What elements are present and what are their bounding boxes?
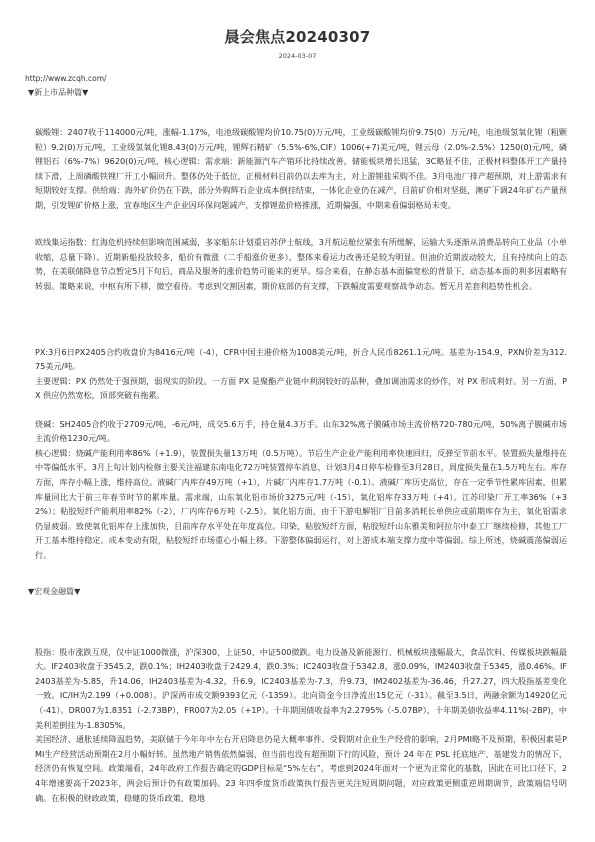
- paragraph-stock-index: 股指：股市涨跌互现，仅中证1000微涨，沪深300、上证50、中证500微跌。电…: [35, 630, 567, 820]
- paragraph-text: PX:3月6日PX2405合约收盘价为8416元/吨（-4），CFR中国主港价格…: [35, 345, 567, 403]
- paragraph-container-freight: 欧线集运指数：红海危机持续但影响范围减弱，多家船东计划重启苏伊士航线，3月航运舱…: [35, 235, 567, 293]
- section-heading-macro-finance: ▼宏观金融篇▼: [28, 586, 80, 597]
- document-page: 晨会焦点20240307 2024-03-07 http://www.zcqh.…: [0, 0, 595, 842]
- paragraph-caustic-soda: 烧碱：SH2405合约收于2709元/吨，-6元/吨，成交5.6万手，持仓量4.…: [35, 402, 567, 577]
- source-link[interactable]: http://www.zcqh.com/: [25, 74, 107, 83]
- paragraph-text: 欧线集运指数：红海危机持续但影响范围减弱，多家船东计划重启苏伊士航线，3月航运舱…: [35, 235, 567, 293]
- section-heading-new-products: ▼新上市品种篇▼: [28, 87, 88, 98]
- paragraph-text: 烧碱：SH2405合约收于2709元/吨，-6元/吨，成交5.6万手，持仓量4.…: [35, 417, 567, 563]
- paragraph-text: 碳酸锂：2407收于114000元/吨，涨幅-1.17%，电池级碳酸锂均价10.…: [35, 125, 567, 213]
- publish-date: 2024-03-07: [0, 52, 595, 60]
- page-title: 晨会焦点20240307: [0, 26, 595, 47]
- paragraph-text: 股指：股市涨跌互现，仅中证1000微涨，沪深300、上证50、中证500微跌。电…: [35, 645, 567, 806]
- paragraph-lithium-carbonate: 碳酸锂：2407收于114000元/吨，涨幅-1.17%，电池级碳酸锂均价10.…: [35, 125, 567, 213]
